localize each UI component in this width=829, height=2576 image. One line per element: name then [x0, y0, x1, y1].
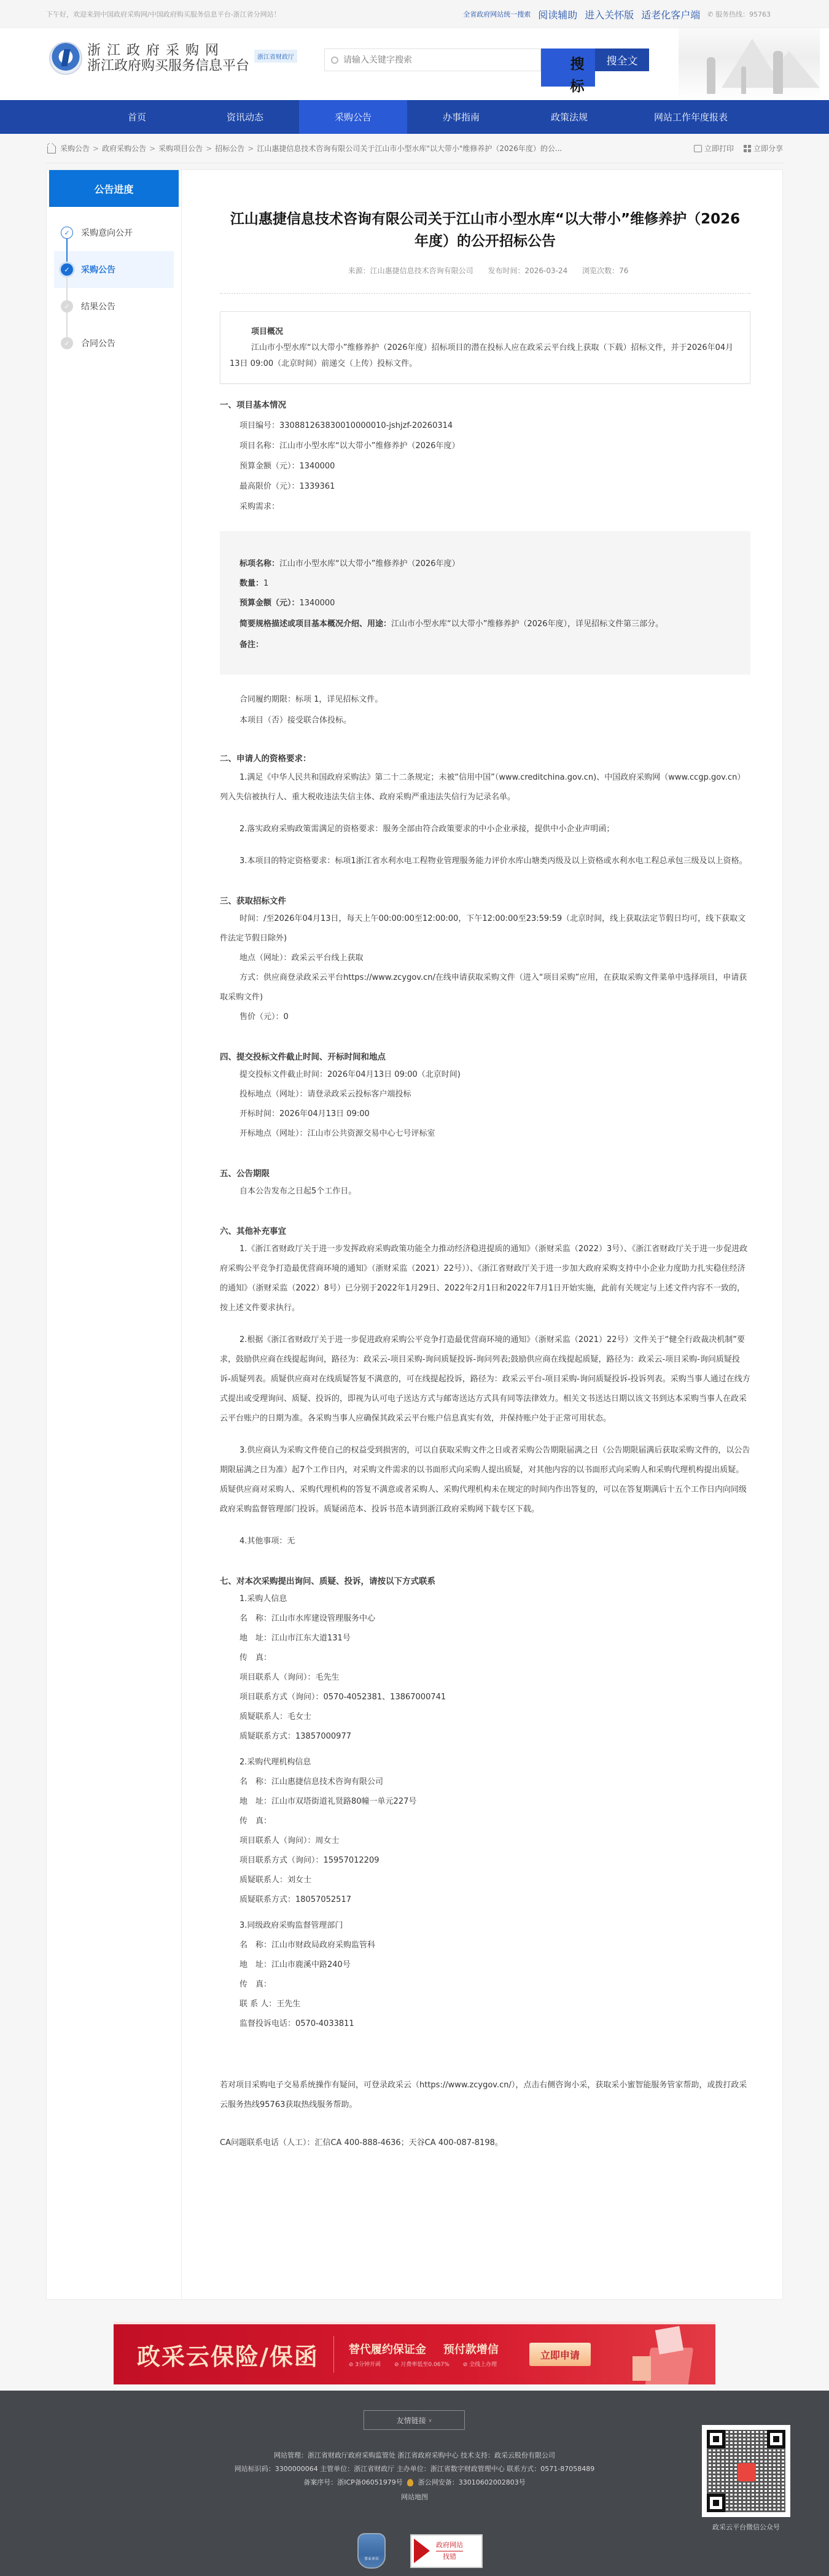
contact-line: 地 址：江山市江东大道131号 — [220, 1629, 750, 1648]
footer-badges: 事业单位 政府网站 找错 — [357, 2533, 483, 2569]
contact-line: 名 称：江山市财政局政府采购监管科 — [220, 1936, 750, 1955]
opening-location: 开标地点（网址）：江山市公共资源交易中心七号评标室 — [220, 1124, 750, 1144]
project-overview-box: 项目概况 江山市小型水库“以大带小”维修养护（2026年度）招标项目的潜在投标人… — [220, 311, 750, 384]
document-price: 售价（元）：0 — [220, 1007, 750, 1027]
notice-progress-sidebar: 公告进度 ✓ 采购意向公开 ✓ 采购公告 ✓ 结果公告 ✓ 合同公告 — [47, 170, 182, 2299]
article-content: 江山惠捷信息技术咨询有限公司关于江山市小型水库“以大带小”维修养护（2026年度… — [182, 170, 782, 2299]
section-heading: 六、其他补充事宜 — [220, 1224, 750, 1240]
procurement-demand-label: 采购需求： — [220, 499, 750, 515]
contact-line: 质疑联系方式：13857000977 — [220, 1727, 750, 1747]
qualification-item: 2.落实政府采购政策需满足的资格要求：服务全部由符合政策要求的中小企业承接，提供… — [220, 820, 750, 839]
supplementary-item: 2.根据《浙江省财政厅关于进一步促进政府采购公平竞争打造最优营商环境的通知》（浙… — [220, 1330, 750, 1429]
welcome-text: 下午好，欢迎来到中国政府采购网/中国政府购买服务信息平台-浙江省分网站！ — [46, 9, 281, 19]
lot-description: 简要规格描述或项目基本概况介绍、用途：江山市小型水库“以大带小”维修养护（202… — [239, 615, 731, 634]
print-button[interactable]: 立即打印 — [694, 143, 734, 153]
breadcrumb-item[interactable]: 采购公告 — [60, 143, 90, 153]
acquire-time: 时间：/至2026年04月13日，每天上午00:00:00至12:00:00，下… — [220, 909, 750, 949]
breadcrumb-item[interactable]: 政府采购公告 — [102, 143, 146, 153]
contact-group-title: 2.采购代理机构信息 — [220, 1753, 750, 1772]
step-label: 采购意向公开 — [81, 227, 133, 239]
project-number: 项目编号：330881263830010000010-jshjzf-202603… — [220, 418, 750, 434]
check-circle-disabled-icon: ✓ — [61, 300, 73, 312]
opening-time: 开标时间：2026年04月13日 09:00 — [220, 1104, 750, 1124]
step-label: 采购公告 — [81, 263, 115, 276]
top-bar: 下午好，欢迎来到中国政府采购网/中国政府购买服务信息平台-浙江省分网站！ 全省政… — [0, 0, 829, 28]
breadcrumb-current: 江山惠捷信息技术咨询有限公司关于江山市小型水库"以大带小"维修养护（2026年度… — [257, 143, 562, 153]
supplementary-item: 1.《浙江省财政厅关于进一步发挥政府采购政策功能全力推动经济稳进提质的通知》（浙… — [220, 1240, 750, 1318]
view-count: 浏览次数：76 — [582, 266, 628, 275]
section-heading: 一、项目基本情况 — [220, 397, 750, 413]
lot-quantity: 数量：1 — [239, 575, 731, 592]
apply-now-button[interactable]: 立即申请 — [529, 2343, 591, 2366]
breadcrumb-separator: > — [206, 144, 212, 153]
section-heading: 二、申请人的资格要求： — [220, 751, 750, 767]
breadcrumb-separator: > — [247, 144, 254, 153]
logo-title: 浙江政府采购网 — [87, 43, 249, 58]
step-label: 结果公告 — [81, 300, 115, 312]
breadcrumb-separator: > — [93, 144, 99, 153]
page-title: 江山惠捷信息技术咨询有限公司关于江山市小型水库“以大带小”维修养护（2026年度… — [201, 170, 750, 252]
search-icon — [331, 56, 338, 64]
section-heading: 三、获取招标文件 — [220, 893, 750, 909]
banner-title: 政采云保险/保函 — [137, 2338, 319, 2372]
lot-budget: 预算金额（元）：1340000 — [239, 595, 731, 612]
search-box — [324, 48, 541, 71]
section-heading: 五、公告期限 — [220, 1166, 750, 1182]
banner-perk: ⊘ 全线上办理 — [463, 2362, 497, 2368]
header-scenery-decoration — [679, 28, 820, 100]
top-links: 全省政府网站统一搜索 阅读辅助 进入关怀版 适老化客户端 ✆ 服务热线：9576… — [463, 7, 771, 21]
printer-icon — [694, 145, 702, 152]
banner-divider — [333, 2336, 334, 2373]
nav-item-news[interactable]: 资讯动态 — [191, 100, 299, 134]
banner-perk: ⊘ 3分钟开函 — [349, 2362, 381, 2368]
contact-line: 项目联系方式（询问）：0570-4052381、13867000741 — [220, 1688, 750, 1707]
home-icon[interactable] — [47, 146, 56, 153]
chevron-down-icon: ∨ — [429, 2418, 432, 2423]
unified-search-link[interactable]: 全省政府网站统一搜索 — [463, 9, 531, 19]
insurance-ad-banner[interactable]: 政采云保险/保函 替代履约保证金预付款增信 ⊘ 3分钟开函⊘ 月费率低至0.06… — [114, 2322, 715, 2384]
contact-line: 项目联系人（询问）：周女士 — [220, 1831, 750, 1851]
print-label: 立即打印 — [704, 143, 734, 153]
lot-name: 标项名称：江山市小型水库“以大带小”维修养护（2026年度） — [239, 556, 731, 573]
contact-line: 质疑联系人：毛女士 — [220, 1707, 750, 1727]
nav-item-annual-report[interactable]: 网站工作年度报表 — [623, 100, 758, 134]
consortium-bid: 本项目（否）接受联合体投标。 — [220, 713, 750, 729]
hotline-text: ✆ 服务热线：95763 — [707, 9, 771, 19]
supplementary-item: 3.供应商认为采购文件使自己的权益受到损害的，可以自获取采购文件之日或者采购公告… — [220, 1441, 750, 1519]
divider — [220, 293, 750, 294]
qr-logo-icon — [738, 2463, 756, 2481]
qr-share-icon — [744, 145, 751, 152]
page-actions: 立即打印 立即分享 — [694, 143, 783, 153]
system-help-note: 若对项目采购电子交易系统操作有疑问，可登录政采云（https://www.zcy… — [220, 2076, 750, 2115]
report-error-badge[interactable]: 政府网站 找错 — [410, 2534, 483, 2568]
qualification-item: 1.满足《中华人民共和国政府采购法》第二十二条规定；未被“信用中国”（www.c… — [220, 768, 750, 807]
project-name: 项目名称：江山市小型水库“以大带小”维修养护（2026年度） — [220, 438, 750, 454]
contact-group-title: 1.采购人信息 — [220, 1589, 750, 1609]
icp-link[interactable]: 备案序号：浙ICP备06051979号 — [303, 2478, 403, 2486]
acquire-method: 方式：供应商登录政采云平台https://www.zcygov.cn/在线申请获… — [220, 968, 750, 1007]
magnifier-icon — [414, 2539, 432, 2563]
step-label: 合同公告 — [81, 337, 115, 349]
contact-line: 名 称：江山市水库建设管理服务中心 — [220, 1609, 750, 1629]
share-label: 立即分享 — [753, 143, 783, 153]
wechat-qr-code — [702, 2425, 790, 2517]
source-text: 来源：江山惠捷信息技术咨询有限公司 — [348, 266, 473, 275]
breadcrumb-item[interactable]: 招标公告 — [215, 143, 244, 153]
main-nav: 首页 资讯动态 采购公告 办事指南 政策法规 网站工作年度报表 — [0, 100, 829, 134]
police-emblem-icon — [407, 2479, 413, 2486]
publish-time: 发布时间：2026-03-24 — [488, 266, 567, 275]
article-body: 一、项目基本情况 项目编号：330881263830010000010-jshj… — [220, 397, 750, 2153]
contact-line: 项目联系方式（询问）：15957012209 — [220, 1851, 750, 1871]
supplementary-item: 4.其他事项：无 — [220, 1532, 750, 1551]
breadcrumb-separator: > — [149, 144, 155, 153]
search-bar: 搜标题 搜全文 — [324, 48, 649, 71]
contact-line: 质疑联系方式：18057052517 — [220, 1890, 750, 1910]
breadcrumb-bar: 采购公告> 政府采购公告> 采购项目公告> 招标公告> 江山惠捷信息技术咨询有限… — [46, 134, 783, 163]
qualification-item: 3.本项目的特定资格要求：标项1浙江省水利水电工程物业管理服务能力评价水库山塘类… — [220, 852, 750, 871]
nav-item-policies[interactable]: 政策法规 — [515, 100, 623, 134]
elderly-client-link[interactable]: 适老化客户端 — [641, 7, 700, 21]
public-institution-badge-icon[interactable]: 事业单位 — [357, 2533, 386, 2569]
banner-illustration — [617, 2323, 709, 2384]
friend-links-dropdown[interactable]: 友情链接 ∨ — [364, 2410, 465, 2430]
reading-aid-link[interactable]: 阅读辅助 — [538, 7, 577, 21]
sidebar-title: 公告进度 — [49, 170, 179, 207]
check-circle-filled-icon: ✓ — [61, 263, 73, 276]
lot-details-box: 标项名称：江山市小型水库“以大带小”维修养护（2026年度） 数量：1 预算金额… — [220, 531, 750, 675]
check-circle-disabled-icon: ✓ — [61, 337, 73, 349]
contact-line: 联 系 人：王先生 — [220, 1995, 750, 2014]
contact-line: 传 真： — [220, 1975, 750, 1995]
search-input[interactable] — [343, 55, 527, 65]
bid-location: 投标地点（网址）：请登录政采云投标客户端投标 — [220, 1085, 750, 1104]
contact-line: 质疑联系人：刘女士 — [220, 1871, 750, 1890]
site-header: 浙江政府采购网 浙江政府购买服务信息平台 浙江省财政厅 搜标题 搜全文 — [0, 28, 829, 100]
site-logo[interactable]: 浙江政府采购网 浙江政府购买服务信息平台 浙江省财政厅 — [49, 42, 297, 75]
contact-line: 名 称：江山惠捷信息技术咨询有限公司 — [220, 1772, 750, 1792]
sitemap-link[interactable]: 网站地图 — [401, 2493, 428, 2501]
lot-remark: 备注： — [239, 637, 731, 654]
logo-emblem-icon — [49, 42, 82, 75]
site-footer: 友情链接 ∨ 网站管理：浙江省财政厅政府采购监管处 浙江省政府采购中心 技术支持… — [0, 2391, 829, 2576]
banner-feature: 预付款增信 — [443, 2343, 499, 2356]
contract-period: 合同履约期限：标项 1，详见招标文件。 — [220, 692, 750, 708]
logo-subtitle: 浙江政府购买服务信息平台 — [87, 58, 249, 74]
contact-line: 监督投诉电话：0570-4033811 — [220, 2014, 750, 2034]
share-button[interactable]: 立即分享 — [744, 143, 783, 153]
banner-perk: ⊘ 月费率低至0.067% — [394, 2362, 450, 2368]
overview-text: 江山市小型水库“以大带小”维修养护（2026年度）招标项目的潜在投标人应在政采云… — [230, 340, 741, 372]
ca-contact-note: CA问题联系电话（人工）：汇信CA 400-888-4636；天谷CA 400-… — [220, 2133, 750, 2153]
step-procurement-notice[interactable]: ✓ 采购公告 — [54, 251, 174, 288]
police-filing-link[interactable]: 浙公网安备：33010602002803号 — [418, 2478, 526, 2486]
budget-amount: 预算金额（元）：1340000 — [220, 459, 750, 475]
contact-line: 地 址：江山市鹿溪中路240号 — [220, 1955, 750, 1975]
notice-period: 自本公告发布之日起5个工作日。 — [220, 1182, 750, 1201]
nav-item-guide[interactable]: 办事指南 — [407, 100, 515, 134]
contact-line: 传 真： — [220, 1648, 750, 1668]
contact-group-title: 3.同级政府采购监督管理部门 — [220, 1916, 750, 1936]
max-price: 最高限价（元）：1339361 — [220, 479, 750, 495]
contact-line: 项目联系人（询问）：毛先生 — [220, 1668, 750, 1688]
section-heading: 七、对本次采购提出询问、质疑、投诉，请按以下方式联系 — [220, 1573, 750, 1589]
contact-line: 地 址：江山市双塔街道礼贤路80幢一单元227号 — [220, 1792, 750, 1812]
contact-line: 传 真： — [220, 1812, 750, 1831]
progress-steps: ✓ 采购意向公开 ✓ 采购公告 ✓ 结果公告 ✓ 合同公告 — [47, 207, 181, 362]
section-heading: 四、提交投标文件截止时间、开标时间和地点 — [220, 1049, 750, 1065]
banner-wrap: 政采云保险/保函 替代履约保证金预付款增信 ⊘ 3分钟开函⊘ 月费率低至0.06… — [0, 2322, 829, 2384]
overview-heading: 项目概况 — [230, 324, 741, 340]
care-mode-link[interactable]: 进入关怀版 — [585, 7, 634, 21]
banner-feature: 替代履约保证金 — [349, 2343, 426, 2356]
acquire-place: 地点（网址）：政采云平台线上获取 — [220, 949, 750, 968]
logo-tag: 浙江省财政厅 — [254, 50, 297, 63]
check-circle-icon: ✓ — [61, 227, 73, 239]
qr-caption: 政采云平台微信公众号 — [699, 2522, 793, 2532]
banner-features: 替代履约保证金预付款增信 ⊘ 3分钟开函⊘ 月费率低至0.067%⊘ 全线上办理 — [349, 2341, 516, 2368]
search-fulltext-button[interactable]: 搜全文 — [595, 48, 649, 71]
breadcrumb-item[interactable]: 采购项目公告 — [158, 143, 203, 153]
nav-item-home[interactable]: 首页 — [83, 100, 191, 134]
search-title-button[interactable]: 搜标题 — [541, 48, 595, 87]
bid-deadline: 提交投标文件截止时间：2026年04月13日 09:00（北京时间) — [220, 1065, 750, 1085]
breadcrumb: 采购公告> 政府采购公告> 采购项目公告> 招标公告> 江山惠捷信息技术咨询有限… — [47, 143, 562, 153]
main-card: 公告进度 ✓ 采购意向公开 ✓ 采购公告 ✓ 结果公告 ✓ 合同公告 江山惠捷信… — [46, 169, 783, 2300]
friend-links-label: 友情链接 — [397, 2415, 426, 2426]
nav-item-procurement-notices[interactable]: 采购公告 — [299, 100, 407, 134]
article-meta: 来源：江山惠捷信息技术咨询有限公司 发布时间：2026-03-24 浏览次数：7… — [201, 265, 750, 276]
